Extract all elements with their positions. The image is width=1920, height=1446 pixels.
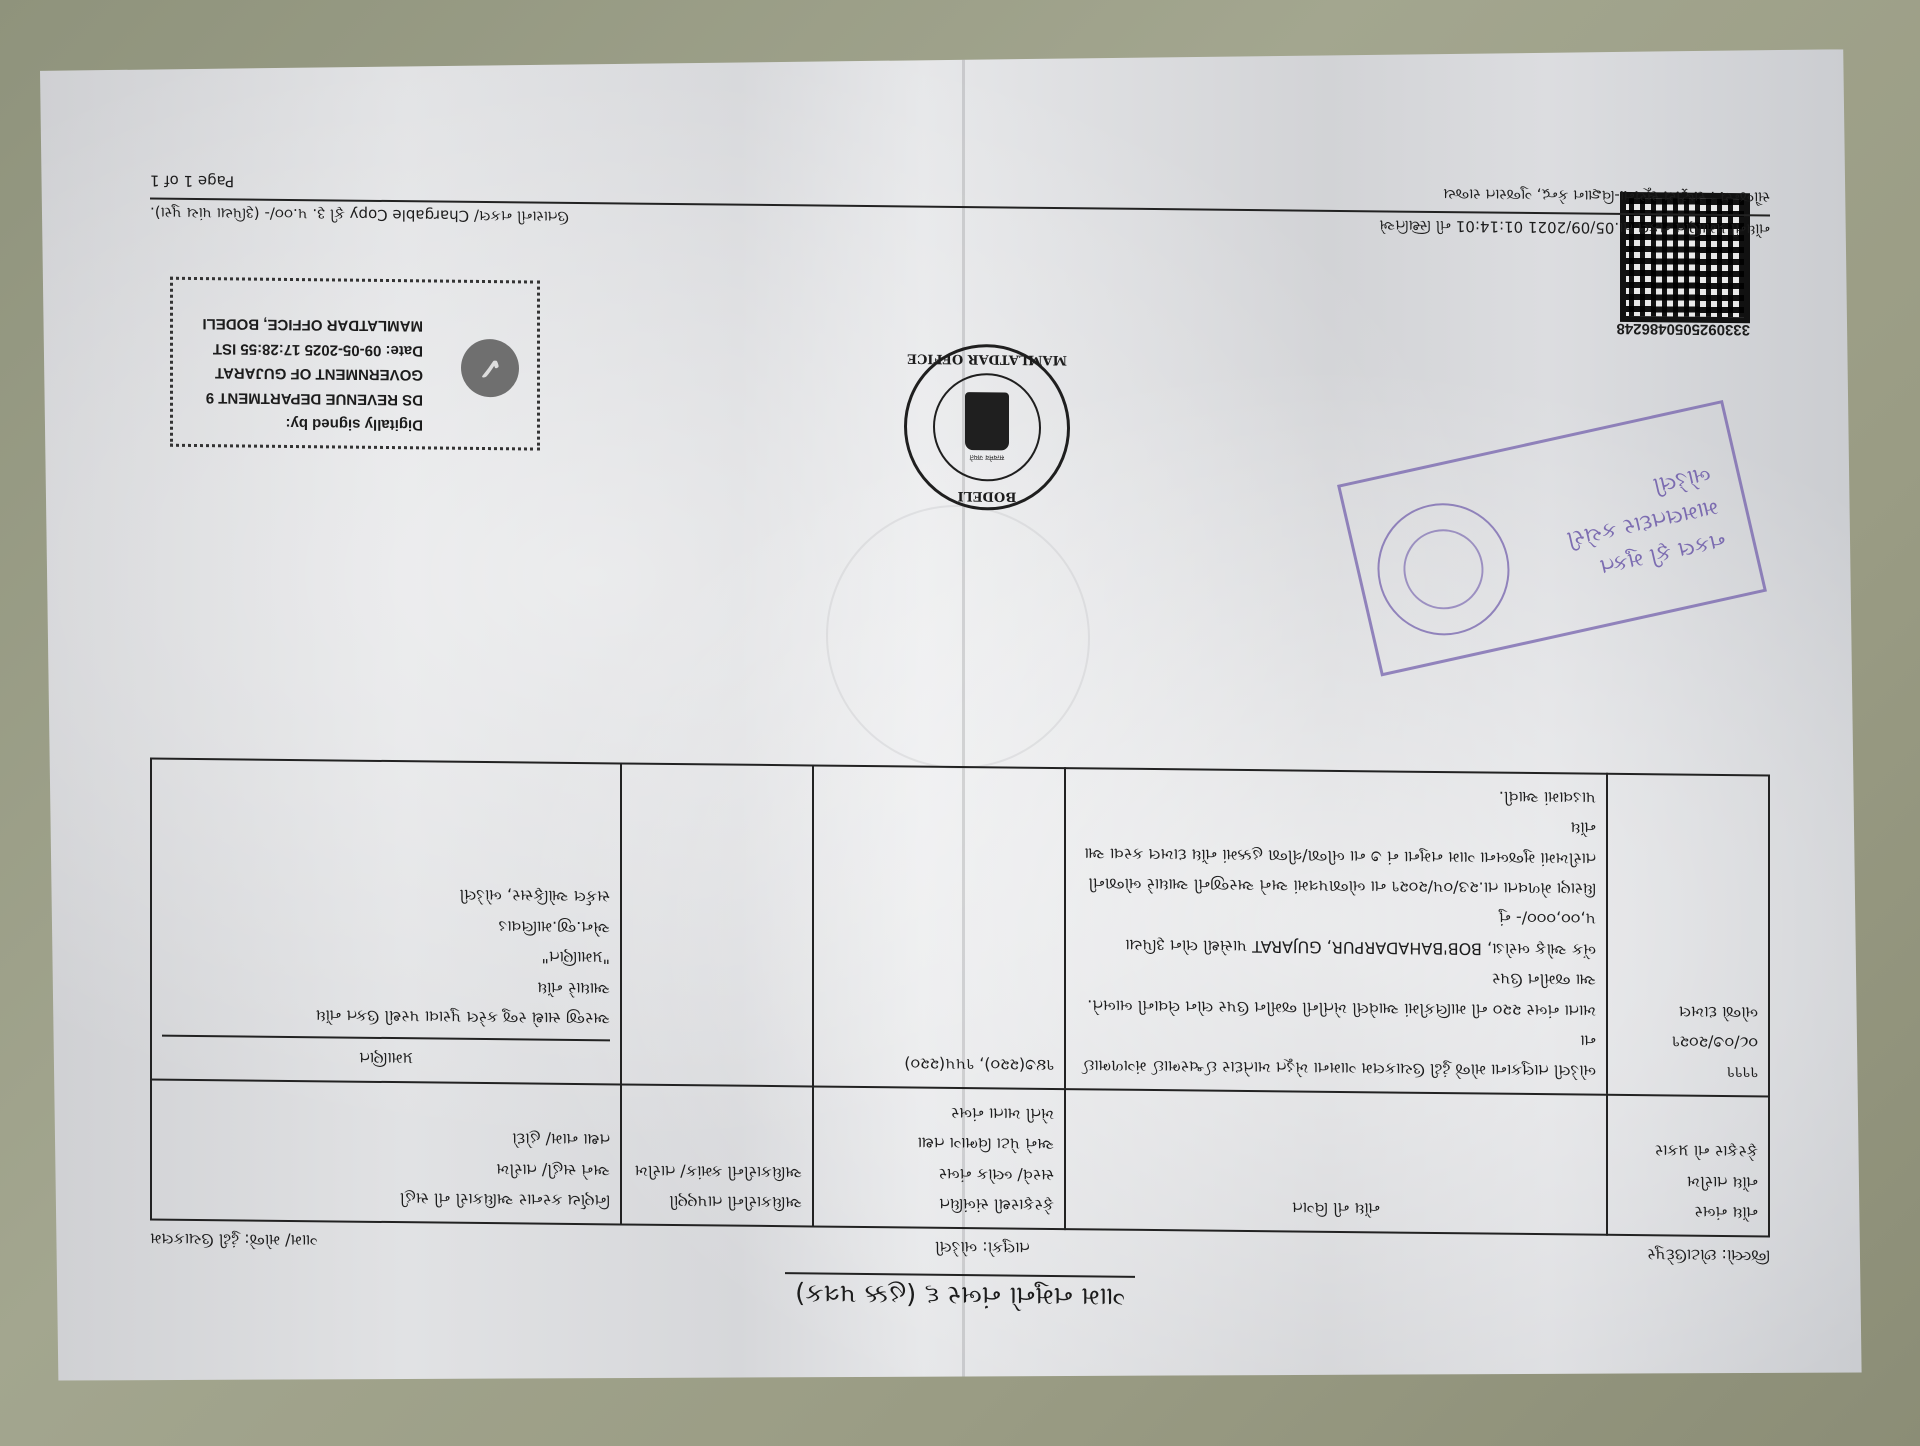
document-body: ગામ નમુનો નંબર ૬ (હક્ક પત્રક) જિલ્લો: છો… — [150, 92, 1770, 1339]
entry-cell: ૧૧૧૧ ૦૮/૦૭/૨૦૨૧ બોજો દાખલ — [1607, 773, 1769, 1097]
decision-cell: પ્રમાણિત અરજી સાથે રજુ કરેલ પુરાવા પરથી … — [151, 758, 621, 1085]
header-decision: નિર્ણય કરનાર અધિકારી ની સહી અને સહી/ તાર… — [151, 1080, 621, 1224]
fee-info: ઉતારાની નકલ/ Chargable Copy ફી રૂ. ૫.૦૦/… — [150, 204, 569, 226]
header-inspection: અધિકારીની તાપણ્ણી અધિકારીની ક્માંક/ તારી… — [621, 1085, 813, 1227]
table-header-row: નોંધ નંબર નોંધ તારીખ ફેરફાર નો પ્રકાર નો… — [151, 1080, 1769, 1237]
record-table: નોંધ નંબર નોંધ તારીખ ફેરફાર નો પ્રકાર નો… — [150, 757, 1770, 1237]
stamp-seal-icon — [1364, 491, 1522, 648]
page-number: Page 1 of 1 — [150, 172, 234, 191]
village-label: ગામ/ મોજે: ઢુંઢી ઉચાકલમ — [150, 1229, 317, 1251]
divider — [162, 1035, 610, 1042]
survey-cell: ૧૪૭(૨૨૦), ૧૫૫(૨૨૦) — [813, 765, 1065, 1090]
taluka-label: તાલુકો: બોડેલી — [935, 1237, 1030, 1258]
district-label: જિલ્લો: છોટાઉદેપુર — [1647, 1244, 1770, 1265]
mamlatdar-office-seal: BODELI सत्यमेव जयते MAMLATDAR OFFICE — [904, 343, 1070, 511]
print-info: નોંધની પ્રમાણિત નકલ તા.05/09/2021 01:14:… — [1379, 216, 1770, 238]
entry-number: ૧૧૧૧ — [1618, 1056, 1758, 1088]
document-title: ગામ નમુનો નંબર ૬ (હક્ક પત્રક) — [150, 1271, 1770, 1319]
details-cell: બોડેલી તાલુકાના મોજે ઢુંઢી ઉચાકલમ ગામના … — [1065, 768, 1607, 1096]
purple-office-stamp: નકલ ફી મુક્ત મામલતદાર કચેરી બોડેલી — [1337, 400, 1767, 676]
header-entry: નોંધ નંબર નોંધ તારીખ ફેરફાર નો પ્રકાર — [1607, 1095, 1769, 1236]
decision-status: પ્રમાણિત — [162, 1041, 610, 1076]
ashoka-emblem-icon — [965, 393, 1009, 451]
land-record-paper: ગામ નમુનો નંબર ૬ (હક્ક પત્રક) જિલ્લો: છો… — [40, 30, 1880, 1399]
source-info: સૌજન્ય : રાષ્ટ્રીય સૂચના-વિજ્ઞાન કેન્દ્ર… — [1443, 185, 1770, 206]
change-type: બોજો દાખલ — [1618, 995, 1758, 1027]
header-survey: ફેરફારથી સંબંધિત સરવે/ બ્લોક નંબર અને પે… — [813, 1087, 1065, 1229]
entry-date: ૦૮/૦૭/૨૦૨૧ — [1618, 1026, 1758, 1058]
inspection-cell — [621, 763, 813, 1087]
document-footer: નોંધની પ્રમાણિત નકલ તા.05/09/2021 01:14:… — [150, 172, 1770, 239]
header-details: નોંધ ની વિગત — [1065, 1090, 1607, 1235]
table-row: ૧૧૧૧ ૦૮/૦૭/૨૦૨૧ બોજો દાખલ બોડેલી તાલુકાન… — [151, 758, 1769, 1097]
digital-signature-box: ✓ Digitally signed by: DS REVENUE DEPART… — [170, 277, 540, 451]
verified-check-icon: ✓ — [461, 339, 519, 398]
